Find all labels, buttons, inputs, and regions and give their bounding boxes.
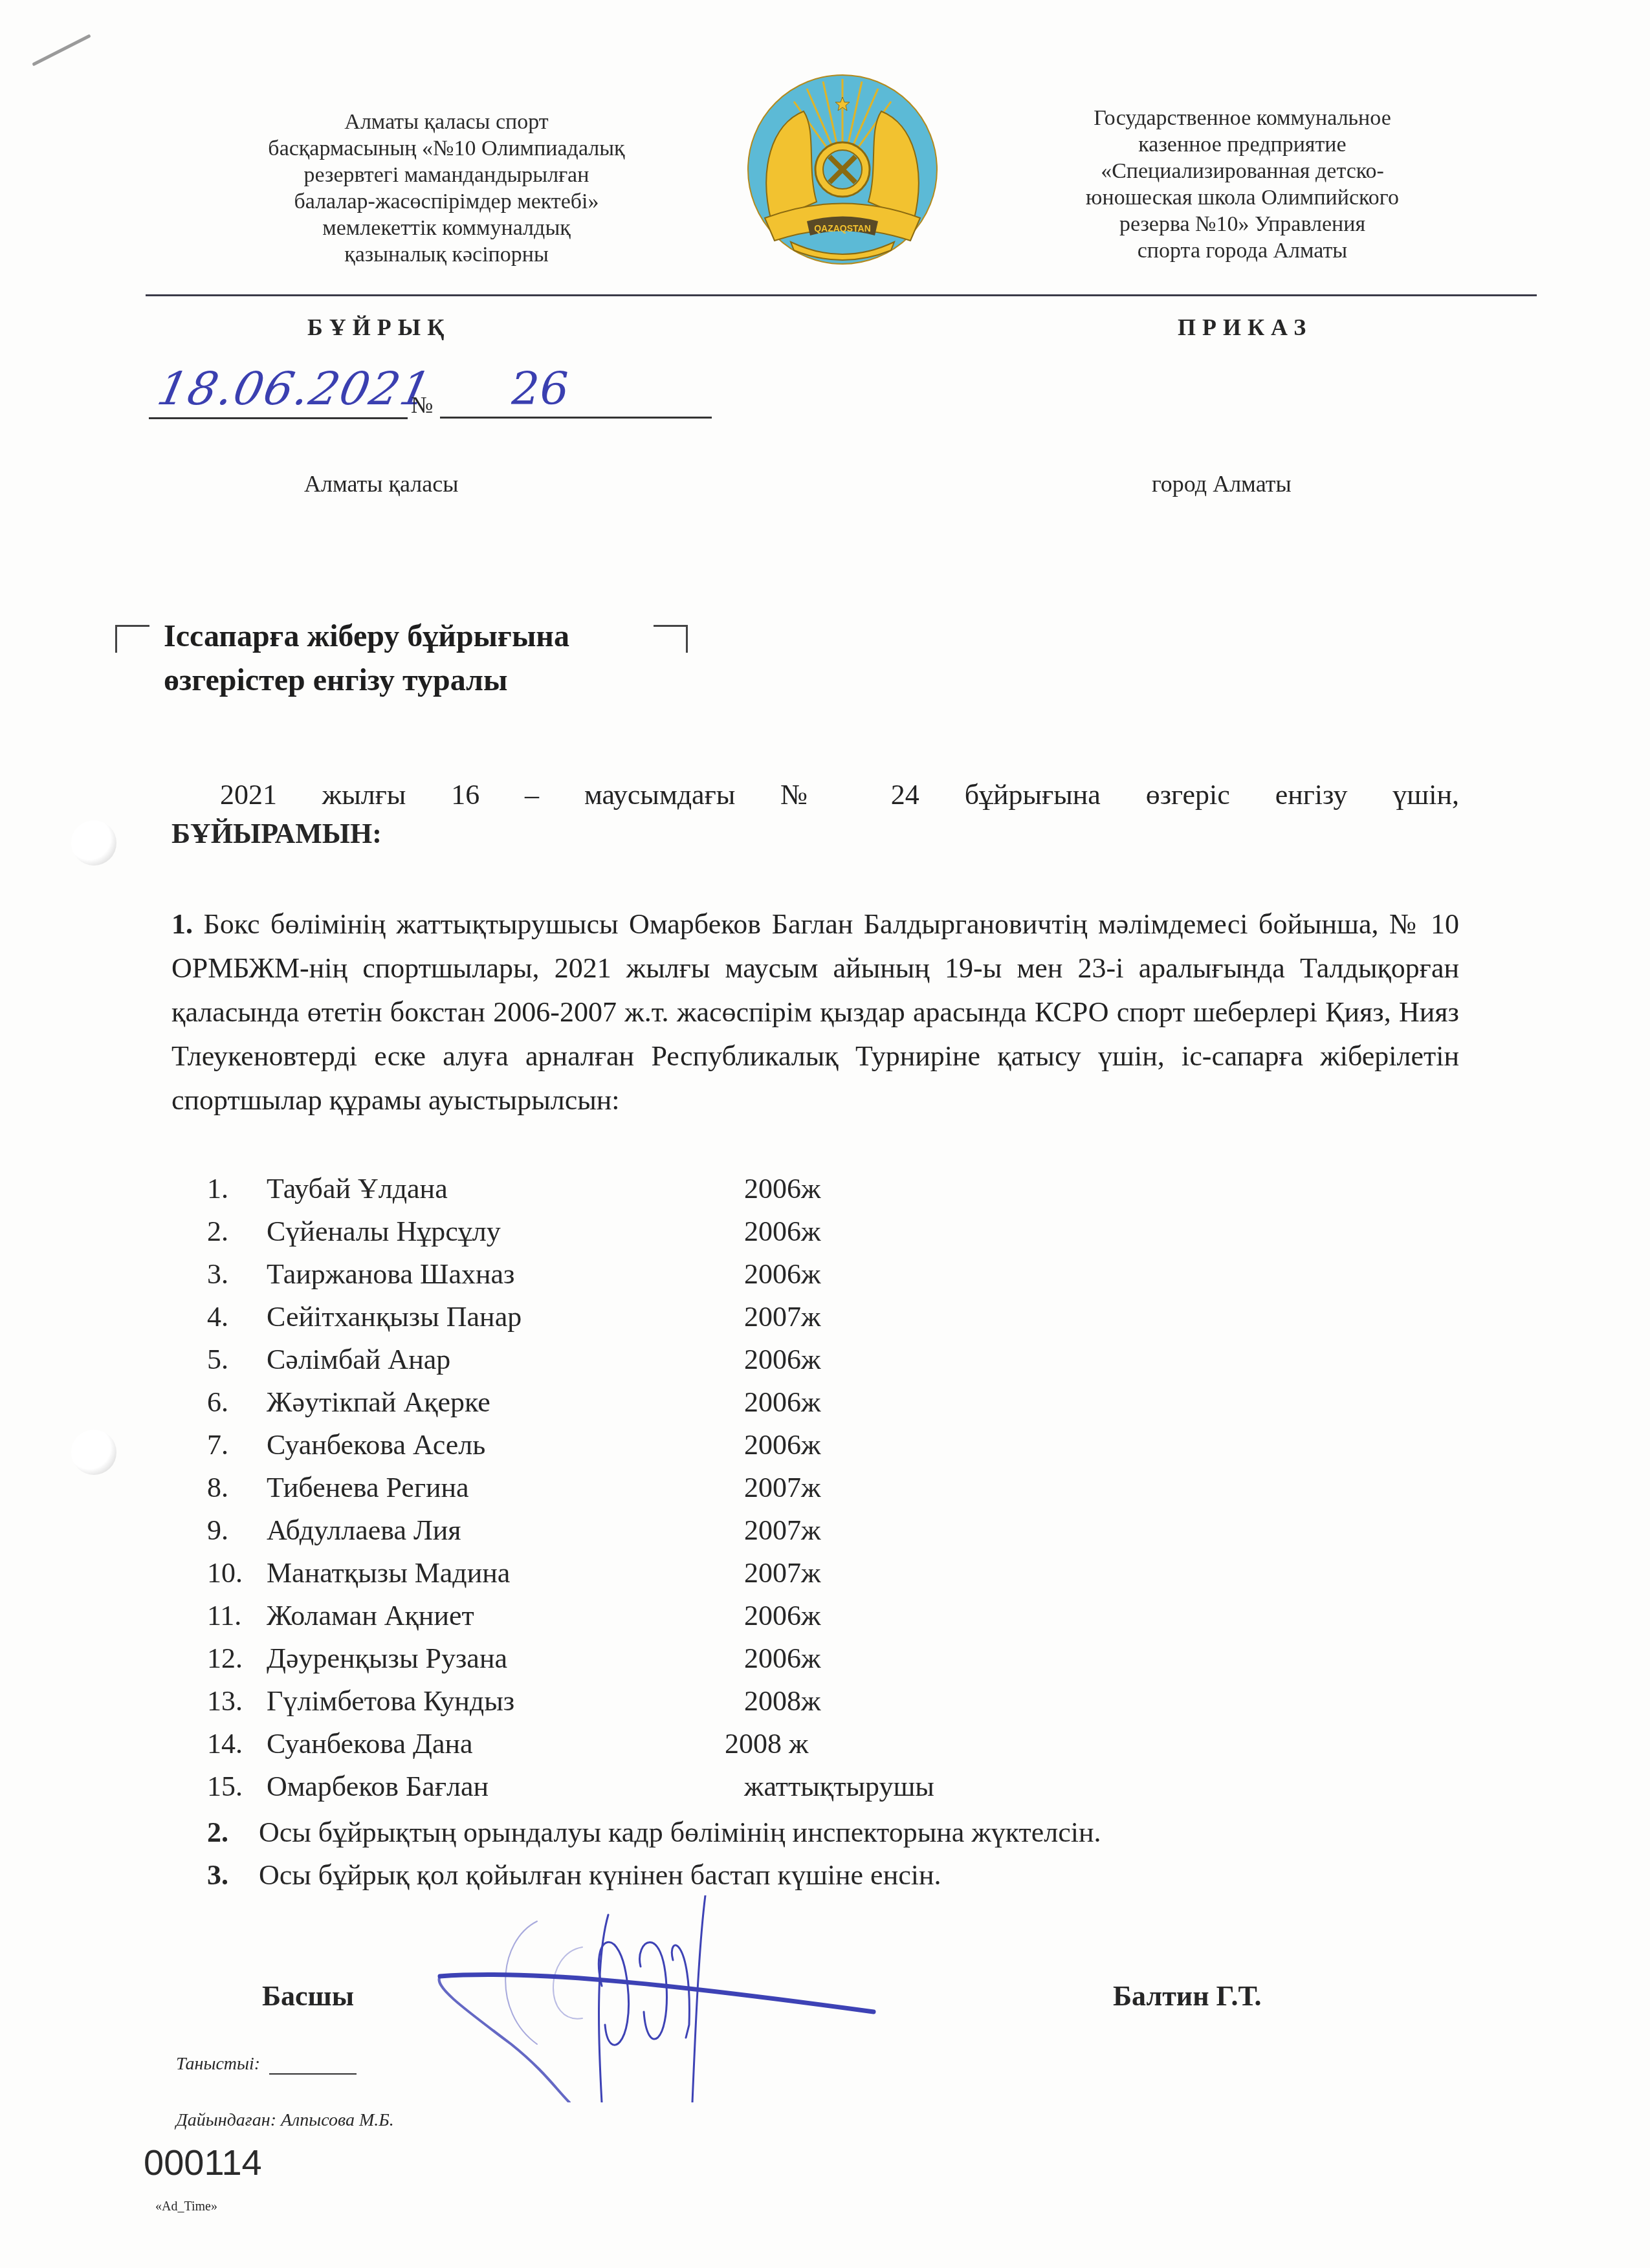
registration-number: 000114 [144,2141,262,2183]
org-name-line: Алматы қаласы спорт [214,109,679,135]
org-name-line: Государственное коммунальное [1009,105,1475,131]
athlete-name: Абдуллаева Лия [267,1509,461,1552]
athlete-name: Манатқызы Мадина [267,1552,510,1595]
athlete-number: 12. [207,1637,243,1680]
athlete-birth-year: 2006ж [744,1637,820,1680]
order-word: БҰЙЫРАМЫН: [171,817,382,850]
staple-mark [32,34,91,67]
athlete-birth-year: 2006ж [744,1168,820,1210]
clause-text: Осы бұйрықтың орындалуы кадр бөлімінің и… [259,1816,1101,1848]
city-ru: город Алматы [1152,470,1292,497]
clause-number: 2. [207,1811,259,1854]
athlete-birth-year: 2006ж [744,1253,820,1296]
athlete-name: Сүйеналы Нұрсұлу [267,1210,501,1253]
athlete-number: 10. [207,1552,243,1595]
handwritten-signature [434,1895,886,2102]
athlete-birth-year: 2007ж [744,1552,820,1595]
number-underline [440,417,712,419]
athlete-number: 2. [207,1210,228,1253]
punch-hole [71,1430,116,1475]
clause-3: 3.Осы бұйрық қол қойылған күнінен бастап… [207,1854,1101,1897]
athlete-birth-year: 2006ж [744,1338,820,1381]
clause-number: 3. [207,1854,259,1897]
acquainted-field: Таныстыі: [176,2054,357,2075]
intro-paragraph: 2021 жылғы 16 – маусымдағы № 24 бұйрығын… [171,773,1459,817]
athlete-name: Жоламан Ақниет [267,1595,474,1637]
athlete-name: Гүлімбетова Кундыз [267,1680,514,1723]
org-name-line: «Специализированная детско- [1009,158,1475,184]
athlete-birth-year: 2006ж [744,1381,820,1424]
athlete-number: 4. [207,1296,228,1338]
clause-1-text: Бокс бөлімінің жаттықтырушысы Омарбеков … [171,908,1459,1116]
athlete-birth-year: 2006ж [744,1424,820,1467]
org-name-line: қазыналық кәсіпорны [214,241,679,268]
kazakhstan-coat-of-arms-icon: QAZAQSTAN [745,72,940,267]
athlete-birth-year: 2008 ж [725,1723,808,1765]
clauses: 2.Осы бұйрықтың орындалуы кадр бөлімінің… [207,1811,1101,1897]
athlete-number: 6. [207,1381,228,1424]
clause-1: 1. Бокс бөлімінің жаттықтырушысы Омарбек… [171,902,1459,1122]
athlete-name: Дәуренқызы Рузана [267,1637,507,1680]
doc-type-ru: ПРИКАЗ [1178,314,1312,341]
athlete-number: 8. [207,1467,228,1509]
org-name-line: юношеская школа Олимпийского [1009,184,1475,211]
doc-type-kz: БҰЙРЫҚ [307,314,450,341]
title-line-2: өзгерістер енгізу туралы [164,659,569,703]
athlete-birth-year: 2006ж [744,1595,820,1637]
clause-1-number: 1. [171,908,193,940]
athlete-birth-year: жаттықтырушы [744,1765,934,1808]
org-name-line: спорта города Алматы [1009,237,1475,264]
header-divider [146,294,1537,296]
order-date: 18.06.2021 [153,362,436,415]
athlete-birth-year: 2007ж [744,1467,820,1509]
athlete-name: Таубай Ұлдана [267,1168,448,1210]
title-bracket-right [654,625,688,653]
athlete-name: Суанбекова Асель [267,1424,485,1467]
org-name-kz: Алматы қаласы спортбасқармасының «№10 Ол… [214,109,679,268]
athlete-birth-year: 2007ж [744,1509,820,1552]
athlete-name: Тибенева Регина [267,1467,469,1509]
athlete-number: 11. [207,1595,241,1637]
athlete-number: 7. [207,1424,228,1467]
org-name-line: балалар-жасөспірімдер мектебі» [214,188,679,215]
athlete-birth-year: 2007ж [744,1296,820,1338]
clause-text: Осы бұйрық қол қойылған күнінен бастап к… [259,1859,941,1891]
athlete-number: 9. [207,1509,228,1552]
document-title: Іссапарға жіберу бұйрығына өзгерістер ен… [164,615,569,703]
acquainted-label: Таныстыі: [176,2054,260,2074]
city-kz: Алматы қаласы [304,470,458,497]
athlete-name: Таиржанова Шахназ [267,1253,514,1296]
order-number: 26 [511,362,569,415]
signatory-role: Басшы [262,1979,354,2012]
athlete-name: Сейітханқызы Панар [267,1296,522,1338]
athlete-name: Сәлімбай Анар [267,1338,450,1381]
punch-hole [71,820,116,866]
template-tag: «Ad_Time» [155,2199,217,2214]
svg-text:QAZAQSTAN: QAZAQSTAN [814,223,871,234]
athlete-birth-year: 2006ж [744,1210,820,1253]
signatory-name: Балтин Г.Т. [1113,1979,1261,2012]
athlete-name: Омарбеков Бағлан [267,1765,489,1808]
athlete-name: Суанбекова Дана [267,1723,473,1765]
prepared-by: Дайындаған: Алпысова М.Б. [176,2110,394,2131]
date-underline [149,417,408,419]
clause-2: 2.Осы бұйрықтың орындалуы кадр бөлімінің… [207,1811,1101,1854]
athlete-birth-year: 2008ж [744,1680,820,1723]
athlete-number: 1. [207,1168,228,1210]
athlete-name: Жәутікпай Ақерке [267,1381,490,1424]
org-name-line: басқармасының «№10 Олимпиадалық [214,135,679,162]
org-name-line: мемлекеттік коммуналдық [214,215,679,241]
athlete-number: 3. [207,1253,228,1296]
title-bracket-left [115,625,149,653]
org-name-line: казенное предприятие [1009,131,1475,158]
org-name-ru: Государственное коммунальноеказенное пре… [1009,105,1475,264]
athlete-number: 15. [207,1765,243,1808]
acquainted-blank [269,2055,357,2075]
number-sign: № [411,391,433,419]
athlete-number: 5. [207,1338,228,1381]
org-name-line: резерва №10» Управления [1009,211,1475,237]
athlete-number: 14. [207,1723,243,1765]
org-name-line: резервтегі мамандандырылған [214,162,679,188]
title-line-1: Іссапарға жіберу бұйрығына [164,615,569,659]
athlete-number: 13. [207,1680,243,1723]
